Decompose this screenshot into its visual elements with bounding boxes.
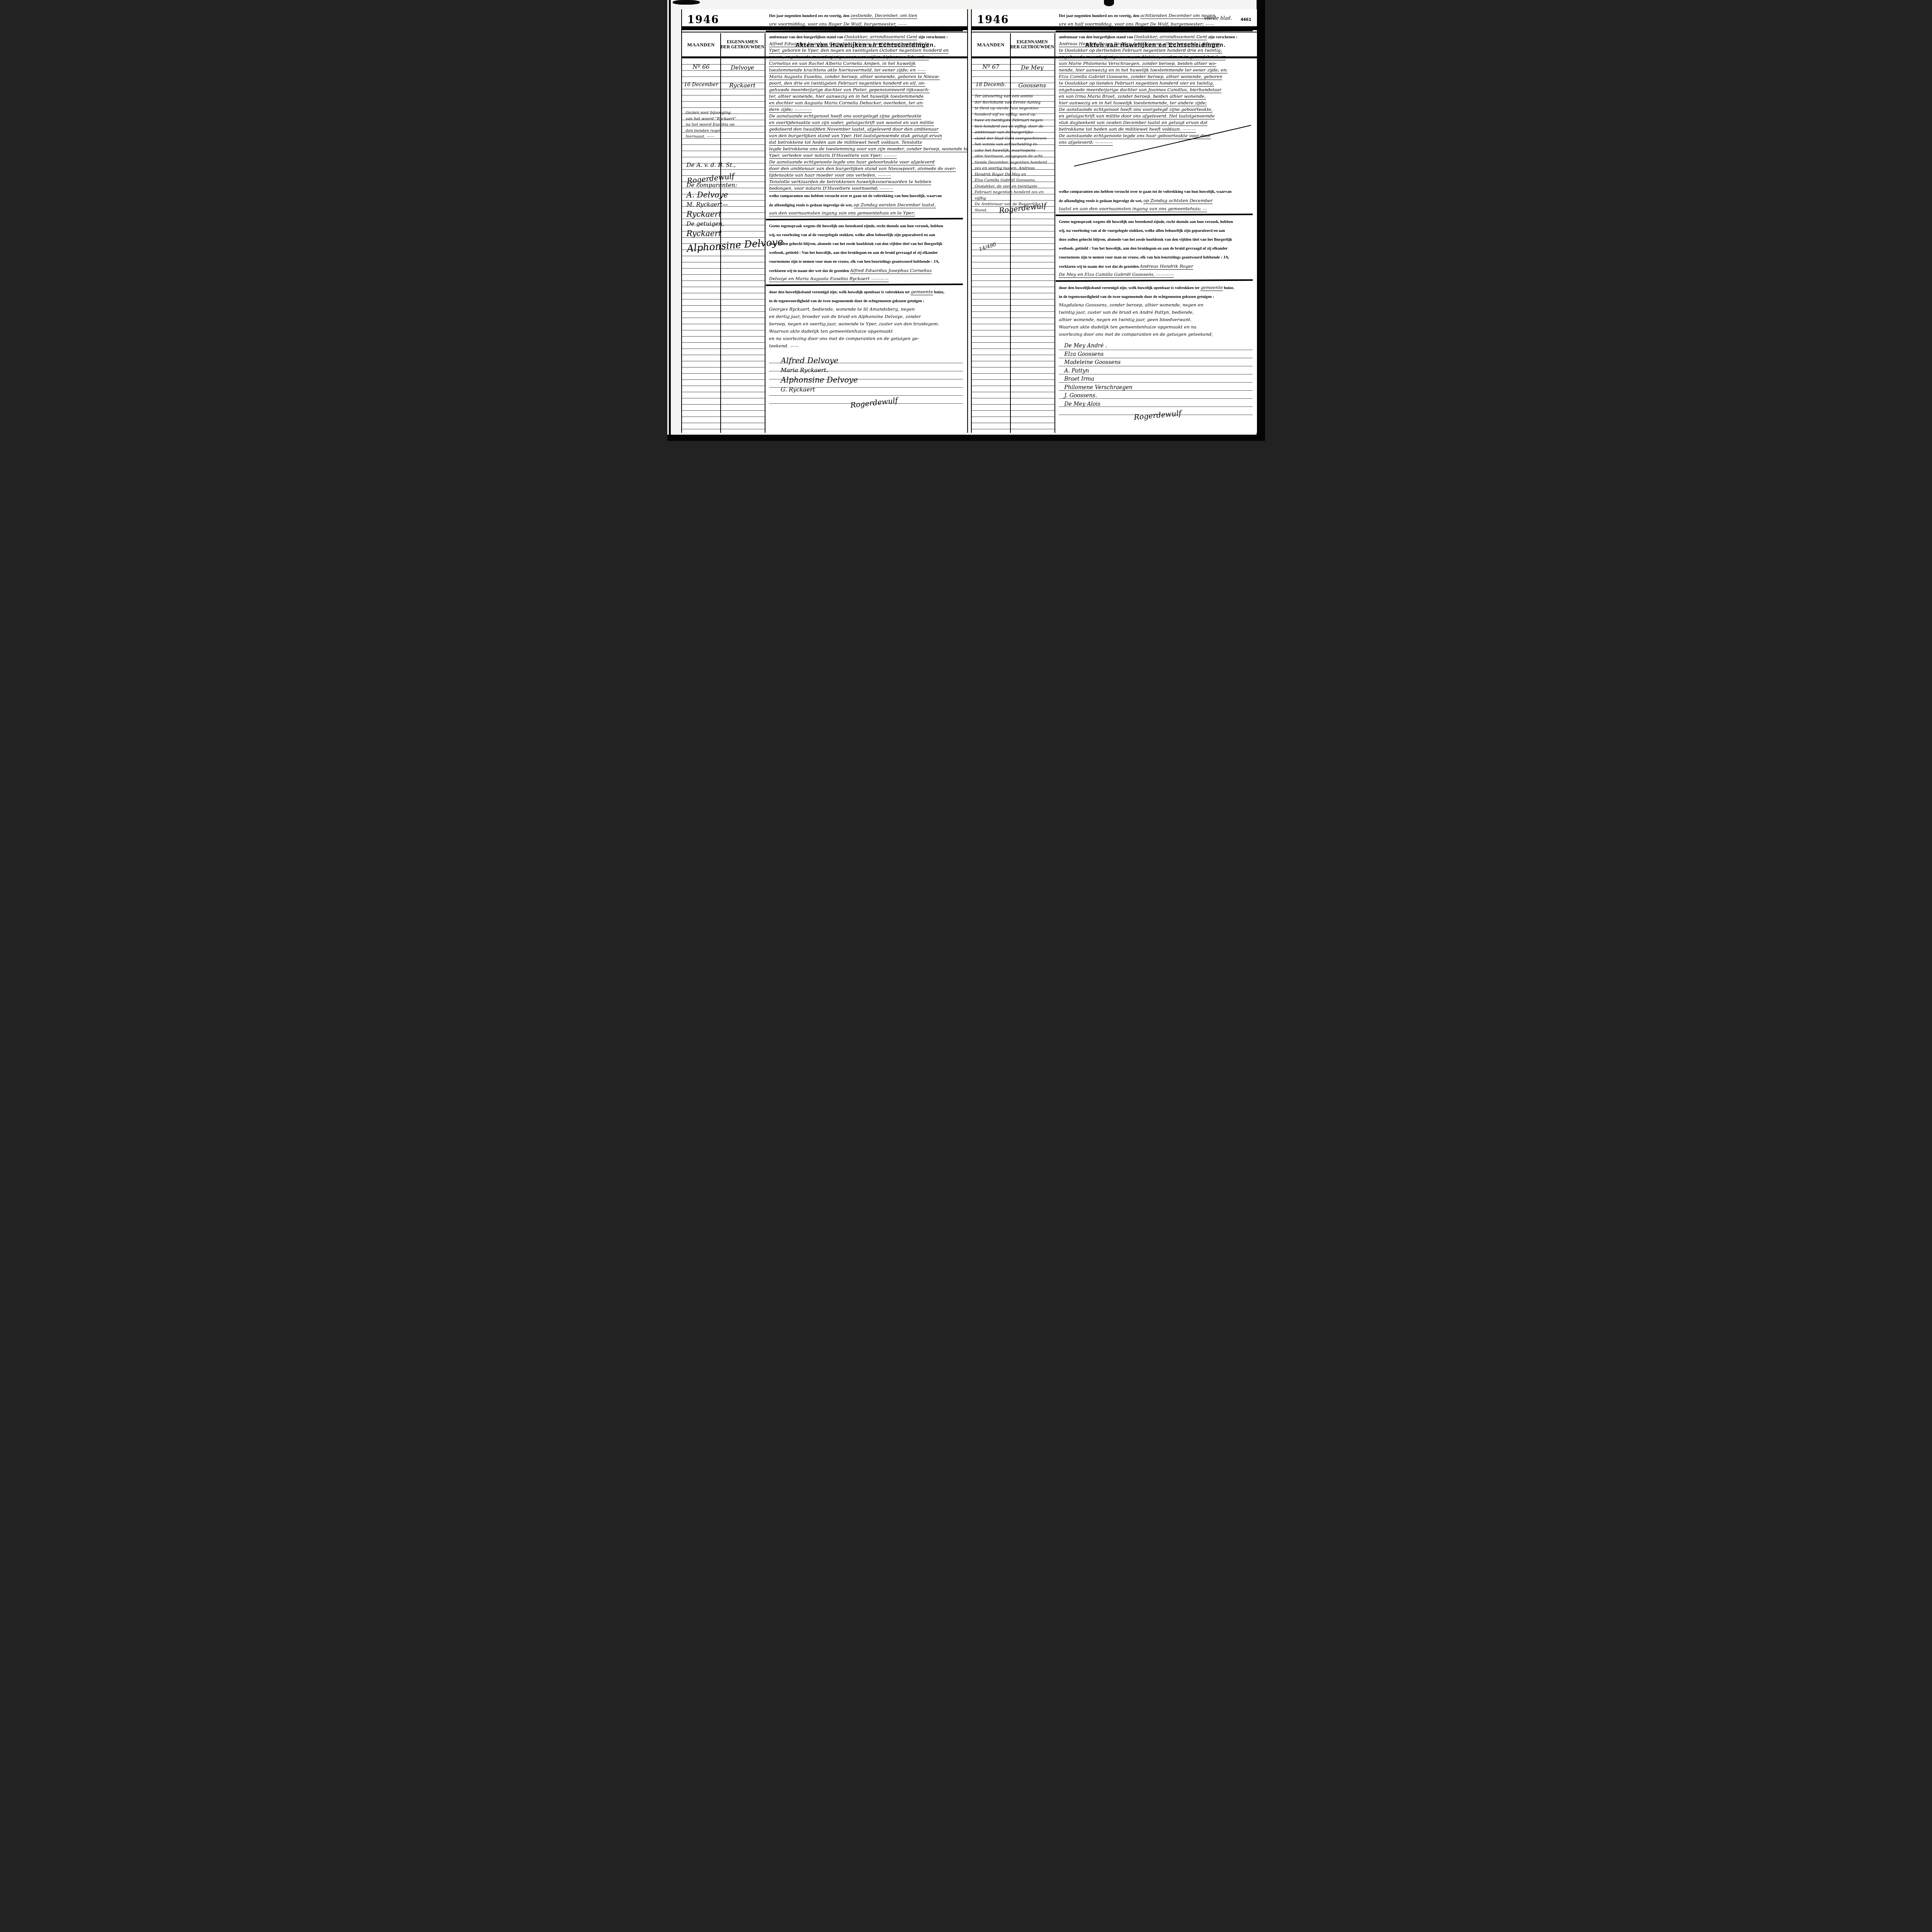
handwritten-text: zestiende, December, om tien bbox=[850, 13, 917, 19]
handwritten-text: ter, alhier wonende, hier aanwezig en in… bbox=[769, 94, 923, 100]
text-line: in de tegenwoordigheid van de twee nagen… bbox=[769, 297, 963, 306]
text-line: wij, na voorlezing van al de voorgelegde… bbox=[1059, 226, 1253, 235]
text-line: De aanstaande echtgenoot heeft ons voorg… bbox=[769, 113, 963, 119]
text-line: Hendrik Roger De Mey en bbox=[975, 172, 1054, 178]
register-page-left: 1946 MAANDEN EIGENNAMEN DER GETROUWDEN A… bbox=[681, 9, 968, 433]
text-line: en dochter van Augusta Maria Cornelia De… bbox=[769, 100, 963, 106]
text-line: wetboek, getiteld : Van het huwelijk, aa… bbox=[1059, 244, 1253, 253]
entry-date: 18 Decemb. bbox=[972, 82, 1010, 88]
eigennamen-line2: DER GETROUWDEN bbox=[1010, 45, 1054, 49]
text-line: poort, den drie en twintigsten Februari … bbox=[769, 80, 963, 87]
handwritten-text: ongehuwde meerderjarige dochter van Joan… bbox=[1059, 87, 1221, 93]
signature: Ryckaert bbox=[687, 209, 803, 219]
handwritten-text: Elza Camilla Gabriël Goossens, zonder be… bbox=[1059, 74, 1222, 80]
signature: J. Goossens. bbox=[1064, 392, 1253, 400]
handwritten-text: te Oostakker op tienden Februari negenti… bbox=[1059, 80, 1214, 87]
handwritten-text: Georges Ryckaert, bediende, wonende te S… bbox=[769, 306, 915, 312]
handwritten-text: gemeente bbox=[1201, 285, 1223, 291]
text-line: hier aanwezig en in het huwelijk toestem… bbox=[1059, 100, 1253, 106]
signature: De Mey André . bbox=[1064, 342, 1253, 350]
text-line: van het woord “Ryckaert” bbox=[686, 116, 763, 122]
handwritten-text: stuk dagteekent van zesden December laat… bbox=[1059, 120, 1207, 126]
text-line: Het jaar negentien honderd zes en veerti… bbox=[1059, 12, 1253, 20]
column-header-eigennamen: EIGENNAMEN DER GETROUWDEN bbox=[1010, 33, 1054, 56]
text-line: welke comparanten ons hebben verzocht ov… bbox=[1059, 187, 1253, 196]
handwritten-text: van het woord “Ryckaert” bbox=[686, 117, 736, 121]
text-line: Waarvan akte dadelijk ten gemeentenhuize… bbox=[1059, 323, 1253, 331]
printed-text: wij, na voorlezing van al de voorgelegde… bbox=[1059, 229, 1225, 233]
text-line: verklaren wij in naam der wet dat de gez… bbox=[1059, 262, 1253, 271]
text-line: en overlijdensakte van zijn vader, getui… bbox=[769, 119, 963, 126]
handwritten-text: Waarvan akte dadelijk ten gemeentenhuize… bbox=[1059, 324, 1196, 330]
text-line: dat betrokkene tot heden aan de militiew… bbox=[769, 139, 963, 146]
scanned-register-page: 1946 MAANDEN EIGENNAMEN DER GETROUWDEN A… bbox=[667, 0, 1265, 441]
text-line: beroep, negen en veertig jaar, wonende t… bbox=[769, 320, 963, 328]
handwritten-text: Cornelius en van Rachel Alberia Cornelia… bbox=[769, 61, 916, 67]
text-line: in de tegenwoordigheid van de twee nagen… bbox=[1059, 293, 1253, 301]
printed-text: Het jaar negentien honderd zes en veerti… bbox=[1059, 14, 1140, 18]
separator-rule bbox=[1056, 30, 1253, 32]
entry-number: Nº 66 bbox=[682, 63, 721, 70]
handwritten-text: hiernaast. —— bbox=[686, 134, 714, 139]
printed-text: verklaren wij in naam der wet dat de gez… bbox=[769, 269, 850, 273]
bride-surname: Ryckaert bbox=[720, 82, 764, 89]
text-line: Alfred Eduardus Josephus Cornelius Delvo… bbox=[769, 41, 963, 47]
handwritten-text: zake het huwelijk, waarnopens bbox=[975, 148, 1036, 153]
handwritten-text: achttienden December om negen bbox=[1140, 13, 1215, 19]
handwritten-text: hier aanwezig en in het huwelijk toestem… bbox=[1059, 100, 1207, 106]
text-line: gehuwde meerderjarige dochter van Pieter… bbox=[769, 87, 963, 93]
column-divider-2 bbox=[1054, 33, 1055, 433]
handwritten-text: laatst en aan den voornaamsten ingang va… bbox=[1059, 206, 1207, 212]
text-line: De Mey en Elza Camilla Gabriël Goossens,… bbox=[1059, 271, 1253, 278]
text-line: zeven, ongehuwde meerderjarige zoon van … bbox=[769, 54, 963, 60]
handwritten-text: tiende December negentien honderd bbox=[975, 160, 1047, 165]
text-line: door den huwelijksband vereenigd zijn; w… bbox=[1059, 283, 1253, 293]
text-line: verklaren wij in naam der wet dat de gez… bbox=[769, 266, 963, 276]
eigennamen-line1: EIGENNAMEN bbox=[727, 40, 758, 44]
text-line: laatst en aan den voornaamsten ingang va… bbox=[1059, 206, 1253, 212]
handwritten-text: te Gent op vierde Juni negentien bbox=[975, 106, 1039, 111]
signature: Maria Ryckaert. bbox=[781, 366, 963, 374]
printed-text: verklaren wij in naam der wet dat de gez… bbox=[1059, 265, 1139, 269]
text-line: zake het huwelijk, waarnopens bbox=[975, 148, 1054, 154]
text-line: De aanstaande echtgenoote legde ons haar… bbox=[1059, 133, 1253, 139]
handwritten-text: Oostakker, arrondissement Gent bbox=[844, 34, 917, 40]
text-line: ambtenaar van de burgerlijke bbox=[975, 129, 1054, 136]
handwritten-text: van den burgerlijken stand van Yper. Het… bbox=[769, 133, 942, 139]
printed-text: zijn verschenen : bbox=[917, 35, 947, 39]
text-line: gedateerd den twaalfden November laatst,… bbox=[769, 126, 963, 133]
printed-text: Geene tegenspraak wegens dit huwelijk on… bbox=[1059, 220, 1233, 224]
eigennamen-line2: DER GETROUWDEN bbox=[721, 45, 764, 49]
marriage-act-67: Het jaar negentien honderd zes en veerti… bbox=[1059, 12, 1253, 417]
handwritten-text: en na voorlezing door ons met de compara… bbox=[769, 336, 919, 341]
text-line: door den huwelijksband vereenigd zijn; w… bbox=[769, 287, 963, 297]
printed-text: de afkondiging reeds is gedaan ingevolge… bbox=[1059, 199, 1143, 203]
text-line: deze zullen gehecht blijven, alsmede van… bbox=[1059, 235, 1253, 244]
handwritten-text: het vonnis van echtscheiding in- bbox=[975, 142, 1038, 146]
text-line: der Rechtbank van Eerste Aanleg bbox=[975, 100, 1054, 106]
handwritten-text: ons afgeleverd; ———— bbox=[1059, 139, 1112, 146]
handwritten-text: na het woord Eusebia op bbox=[686, 122, 735, 127]
text-line: ambtenaar van den burgerlijken stand van… bbox=[769, 34, 963, 41]
handwritten-text: dat betrokkene tot heden aan de militiew… bbox=[769, 139, 922, 146]
printed-text: welke comparanten ons hebben verzocht ov… bbox=[1059, 190, 1231, 194]
entry-number: Nº 67 bbox=[972, 63, 1010, 70]
signature-block: Alfred DelvoyeMaria Ryckaert.Alphonsine … bbox=[769, 355, 963, 405]
handwritten-text: en van Irma Maria Braet, zonder beroep, … bbox=[1059, 94, 1206, 100]
text-line: Elza Camilla Gabriël Goossens. bbox=[975, 177, 1054, 184]
handwritten-text: Yper, verleden voor notaris D'Huvettere … bbox=[769, 153, 897, 159]
text-line: den tienden regel bbox=[686, 128, 763, 134]
signature: A. Delvoye bbox=[687, 189, 803, 200]
handwritten-text: te Oostakker op dertienden Februari nege… bbox=[1059, 48, 1222, 54]
signature-block: De Mey André .Elza GoossensMadeleine Goo… bbox=[1059, 342, 1253, 417]
text-line: Gezien voor bijvoeging bbox=[686, 110, 763, 116]
signature: Philomene Verschraegen bbox=[1064, 384, 1253, 392]
handwritten-text: poort, den drie en twintigsten Februari … bbox=[769, 80, 925, 87]
text-line: Oostakker, de vier en twintigste bbox=[975, 184, 1054, 190]
entry-number-cell: Nº 66 16 December bbox=[682, 63, 721, 88]
text-line: voornemens zijn te nemen voor man en vro… bbox=[769, 257, 963, 266]
text-line: Andreas Hendrik Roger De Mey, beenhouwer… bbox=[1059, 41, 1253, 47]
handwritten-text: Andreas Hendrik Roger De Mey, beenhouwer… bbox=[1059, 41, 1220, 47]
text-line: de afkondiging reeds is gedaan ingevolge… bbox=[1059, 196, 1253, 206]
text-line: ure voormiddag, voor ons Roger De Wulf, … bbox=[769, 20, 963, 28]
handwritten-text: betrokkene tot heden aan de militiewet h… bbox=[1059, 126, 1196, 133]
act-text: Het jaar negentien honderd zes en veerti… bbox=[1059, 12, 1253, 338]
handwritten-text: op Zondag achtsten December bbox=[1143, 198, 1213, 204]
text-line: tiende December negentien honderd bbox=[975, 160, 1054, 166]
text-line: teekend. —— bbox=[769, 342, 963, 350]
text-line: Delvoye en Maria Augusta Eusebia Ryckaer… bbox=[769, 276, 963, 282]
text-line: De aanstaande echtgenoot heeft ons voorg… bbox=[1059, 106, 1253, 113]
printed-text: in de tegenwoordigheid van de twee nagen… bbox=[1059, 295, 1214, 299]
entry-number-cell: Nº 67 18 Decemb. bbox=[972, 63, 1010, 88]
text-line: hiernaast. —— bbox=[686, 134, 763, 140]
printed-text: voornemens zijn te nemen voor man en vro… bbox=[1059, 255, 1229, 260]
ink-smudge bbox=[673, 0, 700, 5]
signature: Madeleine Goossens bbox=[1064, 359, 1253, 367]
text-line: ons afgeleverd; ———— bbox=[1059, 139, 1253, 146]
handwritten-text: en getuigschrift van militie door ons af… bbox=[1059, 113, 1214, 119]
text-line: Maria Augusta Eusebia, zonder beroep, al… bbox=[769, 73, 963, 80]
text-line: van Marie Philomena Verschraegen, zonder… bbox=[1059, 60, 1253, 67]
handwritten-text: den tienden regel bbox=[686, 129, 721, 133]
handwritten-text: Oostakker, de vier en twintigste bbox=[975, 184, 1037, 189]
bride-surname: Goossens bbox=[1010, 82, 1054, 89]
handwritten-text: tien honderd zes en vijftig, door de bbox=[975, 124, 1044, 129]
handwritten-text: akte hiernaast, aangegaan de acht- bbox=[975, 154, 1044, 158]
handwritten-text: dere zijde; ———— bbox=[769, 107, 812, 113]
handwritten-text: gehuwde meerderjarige dochter van Pieter… bbox=[769, 87, 929, 93]
text-line: te Oostakker op dertienden Februari nege… bbox=[1059, 47, 1253, 54]
handwritten-text: stand der Stad Gent overgeschreven bbox=[975, 136, 1047, 141]
handwritten-text: alhier wonende, negen en twintig jaar, g… bbox=[1059, 317, 1192, 322]
margin-signatures: De A. v. d. B. St.,RogerdewulfDe compara… bbox=[687, 161, 803, 250]
handwritten-text: nende, hier aanwezig en in het huwelijk … bbox=[1059, 67, 1228, 73]
printed-text: zijn verschenen : bbox=[1207, 35, 1237, 39]
text-line: honderd vijf en vijftig, werd op bbox=[975, 112, 1054, 118]
entry-names-cell: Delvoye Ryckaert bbox=[720, 64, 764, 89]
scan-edge-right bbox=[1257, 0, 1265, 441]
handwritten-text: gemeente bbox=[911, 289, 933, 295]
handwritten-text: teekend. —— bbox=[769, 343, 799, 349]
handwritten-text: en dochter van Augusta Maria Cornelia De… bbox=[769, 100, 923, 106]
text-line: Waarvan akte dadelijk ten gemeentenhuize… bbox=[769, 328, 963, 335]
text-line: te Gent op vierde Juni negentien bbox=[975, 105, 1054, 112]
diagonal-void-stroke bbox=[1059, 146, 1253, 187]
handwritten-text: Delvoye en Maria Augusta Eusebia Ryckaer… bbox=[769, 276, 889, 282]
printed-text: door den huwelijksband vereenigd zijn; w… bbox=[1059, 286, 1201, 290]
scan-edge-bottom bbox=[667, 435, 1265, 441]
text-line: dere zijde; ———— bbox=[769, 106, 963, 113]
handwritten-text: Hendrik Roger De Mey en bbox=[975, 172, 1026, 177]
handwritten-text: Waarvan akte dadelijk ten gemeentenhuize… bbox=[769, 328, 893, 334]
handwritten-text: twee en twintigste Februari negen- bbox=[975, 118, 1044, 122]
printed-text: huize, bbox=[933, 290, 944, 294]
signature: Alphonsine Delvoye bbox=[781, 374, 963, 385]
handwritten-text: legde betrokkene ons de toestemming voor… bbox=[769, 146, 968, 152]
text-line: ambtenaar van den burgerlijken stand van… bbox=[1059, 34, 1253, 41]
handwritten-text: Oostakker, arrondissement Gent bbox=[1134, 34, 1207, 40]
text-line: van den burgerlijken stand van Yper. Het… bbox=[769, 133, 963, 139]
text-line: ongehuwde meerderjarige dochter van Joan… bbox=[1059, 87, 1253, 93]
handwritten-text: Februari negentien honderd zes en vijfti… bbox=[975, 190, 1044, 201]
handwritten-text: honderd vijf en vijftig, werd op bbox=[975, 112, 1036, 117]
scan-edge-left bbox=[669, 0, 671, 441]
text-line: nende, hier aanwezig en in het huwelijk … bbox=[1059, 67, 1253, 73]
text-line: het vonnis van echtscheiding in- bbox=[975, 141, 1054, 148]
signature: Elza Goossens bbox=[1064, 350, 1253, 359]
printed-text: wetboek, getiteld : Van het huwelijk, aa… bbox=[769, 251, 938, 255]
handwritten-text: toestemmende krachtens akte hiernavermel… bbox=[769, 67, 926, 73]
text-line: na het woord Eusebia op bbox=[686, 122, 763, 128]
separator-rule bbox=[1056, 214, 1253, 216]
printed-text: ambtenaar van den burgerlijken stand van bbox=[1059, 35, 1134, 39]
text-line: Het jaar negentien honderd zes en veerti… bbox=[769, 12, 963, 20]
handwritten-text: De Mey en Elza Camilla Gabriël Goossens,… bbox=[1059, 272, 1174, 278]
text-line: zes en veertig tussen: Andreas bbox=[975, 165, 1054, 172]
text-line: Februari negentien honderd zes en vijfti… bbox=[975, 189, 1054, 201]
handwritten-text: en overlijdensakte van zijn vader, getui… bbox=[769, 120, 934, 126]
handwritten-text: Elza Camilla Gabriël Goossens. bbox=[975, 178, 1036, 182]
signature: De getuigen, bbox=[687, 219, 803, 228]
column-header-eigennamen: EIGENNAMEN DER GETROUWDEN bbox=[720, 33, 764, 56]
handwritten-text: der Rechtbank van Eerste Aanleg bbox=[975, 100, 1041, 105]
handwritten-text: Andreas Hendrik Roger bbox=[1140, 264, 1193, 270]
text-line: Elza Camilla Gabriël Goossens, zonder be… bbox=[1059, 73, 1253, 80]
handwritten-text: Magdalena Goossens, zonder beroep, alhie… bbox=[1059, 302, 1203, 308]
handwritten-text: voorlezing door ons met de comparanten e… bbox=[1059, 332, 1213, 337]
signature: Braet Irma bbox=[1064, 375, 1253, 384]
text-line: voornemens zijn te nemen voor man en vro… bbox=[1059, 253, 1253, 262]
text-line: akte hiernaast, aangegaan de acht- bbox=[975, 153, 1054, 160]
signature: Alfred Delvoye bbox=[781, 355, 963, 366]
handwritten-text: op Zondag eersten December laatst, bbox=[854, 202, 936, 208]
handwritten-text: twintig jaar, zuster van de bruid en And… bbox=[1059, 310, 1194, 315]
text-line: en na voorlezing door ons met de compara… bbox=[769, 335, 963, 342]
text-line: en van Irma Maria Braet, zonder beroep, … bbox=[1059, 93, 1253, 100]
printed-text: huize, bbox=[1223, 286, 1234, 290]
text-line: stuk dagteekent van zesden December laat… bbox=[1059, 119, 1253, 126]
separator-rule bbox=[766, 30, 963, 32]
text-line: Yper, verleden voor notaris D'Huvettere … bbox=[769, 152, 963, 159]
handwritten-text: Ter uitvoering van een vonnis bbox=[975, 94, 1033, 99]
margin-annotation: Gezien voor bijvoegingvan het woord “Ryc… bbox=[686, 110, 763, 140]
handwritten-text: De aanstaande echtgenoote legde ons haar… bbox=[1059, 133, 1211, 139]
text-line: Cornelius en van Rachel Alberia Cornelia… bbox=[769, 60, 963, 67]
divorce-marginal-note: Ter uitvoering van een vonnisder Rechtba… bbox=[975, 94, 1054, 213]
handwritten-text: Yper, geboren te Yper, den negen en twin… bbox=[769, 48, 949, 54]
handwritten-text: ure voormiddag, voor ons Roger De Wulf, … bbox=[769, 21, 906, 27]
text-line: toestemmende krachtens akte hiernavermel… bbox=[769, 67, 963, 73]
eigennamen-line1: EIGENNAMEN bbox=[1017, 40, 1048, 44]
handwritten-text: beroep, negen en veertig jaar, wonende t… bbox=[769, 321, 939, 327]
handwritten-text: Maria Augusta Eusebia, zonder beroep, al… bbox=[769, 74, 939, 80]
text-line: Ter uitvoering van een vonnis bbox=[975, 94, 1054, 100]
printed-text: voornemens zijn te nemen voor man en vro… bbox=[769, 260, 939, 264]
handwritten-text: De aanstaande echtgenoot heeft ons voorg… bbox=[1059, 107, 1213, 113]
text-line: ter, alhier wonende, hier aanwezig en in… bbox=[769, 93, 963, 100]
text-line: stand der Stad Gent overgeschreven bbox=[975, 136, 1054, 142]
text-line: ongehuwde meerderjarige zoon van Aloïsiu… bbox=[1059, 54, 1253, 60]
separator-rule bbox=[1056, 279, 1253, 282]
printed-text: wetboek, getiteld : Van het huwelijk, aa… bbox=[1059, 247, 1228, 251]
groom-surname: Delvoye bbox=[720, 64, 764, 71]
text-line: tien honderd zes en vijftig, door de bbox=[975, 124, 1054, 130]
handwritten-text: De aanstaande echtgenoot heeft ons voorg… bbox=[769, 113, 921, 119]
year-label: 1946 bbox=[687, 14, 719, 26]
text-line: en getuigschrift van militie door ons af… bbox=[1059, 113, 1253, 119]
groom-surname: De Mey bbox=[1010, 64, 1054, 71]
text-line: ure en half voormiddag, voor ons Roger D… bbox=[1059, 20, 1253, 28]
entry-date: 16 December bbox=[682, 82, 721, 88]
text-line: twintig jaar, zuster van de bruid en And… bbox=[1059, 309, 1253, 316]
printed-text: ambtenaar van den burgerlijken stand van bbox=[769, 35, 844, 39]
text-line: Magdalena Goossens, zonder beroep, alhie… bbox=[1059, 301, 1253, 309]
handwritten-text: Alfred Eduardus Josephus Cornelius bbox=[850, 268, 932, 274]
entry-names-cell: De Mey Goossens bbox=[1010, 64, 1054, 89]
handwritten-text: van Marie Philomena Verschraegen, zonder… bbox=[1059, 61, 1216, 67]
handwritten-text: ure en half voormiddag, voor ons Roger D… bbox=[1059, 21, 1214, 27]
signature: M. Ryckaert— bbox=[687, 200, 803, 209]
signature: A. Pattyn bbox=[1064, 367, 1253, 376]
text-line: voorlezing door ons met de comparanten e… bbox=[1059, 331, 1253, 338]
printed-text: deze zullen gehecht blijven, alsmede van… bbox=[1059, 238, 1232, 242]
column-header-maanden: MAANDEN bbox=[972, 33, 1010, 56]
text-line: twee en twintigste Februari negen- bbox=[975, 117, 1054, 124]
text-line: alhier wonende, negen en twintig jaar, g… bbox=[1059, 316, 1253, 323]
handwritten-text: zeven, ongehuwde meerderjarige zoon van … bbox=[769, 54, 929, 60]
printed-text: Het jaar negentien honderd zes en veerti… bbox=[769, 14, 850, 18]
handwritten-text: Alfred Eduardus Josephus Cornelius Delvo… bbox=[769, 41, 929, 47]
register-page-right: 1946 vierde blad. 4461 MAANDEN EIGENNAME… bbox=[971, 9, 1258, 433]
text-line: Yper, geboren te Yper, den negen en twin… bbox=[769, 47, 963, 54]
handwritten-text: gedateerd den twaalfden November laatst,… bbox=[769, 126, 938, 133]
printed-text: door den huwelijksband vereenigd zijn; w… bbox=[769, 290, 911, 294]
handwritten-text: zes en veertig tussen: Andreas bbox=[975, 166, 1035, 170]
column-header-maanden: MAANDEN bbox=[682, 33, 721, 56]
text-line: te Oostakker op tienden Februari negenti… bbox=[1059, 80, 1253, 87]
handwritten-text: Gezien voor bijvoeging bbox=[686, 111, 731, 115]
text-line: en dertig jaar, broeder van de bruid en … bbox=[769, 313, 963, 320]
year-label: 1946 bbox=[977, 14, 1009, 26]
separator-rule bbox=[766, 284, 963, 286]
text-line: Georges Ryckaert, bediende, wonende te S… bbox=[769, 306, 963, 313]
handwritten-text: en dertig jaar, broeder van de bruid en … bbox=[769, 314, 921, 319]
ink-smudge bbox=[1104, 0, 1114, 6]
text-line: legde betrokkene ons de toestemming voor… bbox=[769, 146, 963, 152]
handwritten-text: ongehuwde meerderjarige zoon van Aloïsiu… bbox=[1059, 54, 1226, 60]
text-line: Geene tegenspraak wegens dit huwelijk on… bbox=[1059, 218, 1253, 226]
printed-text: in de tegenwoordigheid van de twee nagen… bbox=[769, 299, 924, 303]
handwritten-text: ambtenaar van de burgerlijke bbox=[975, 130, 1033, 134]
